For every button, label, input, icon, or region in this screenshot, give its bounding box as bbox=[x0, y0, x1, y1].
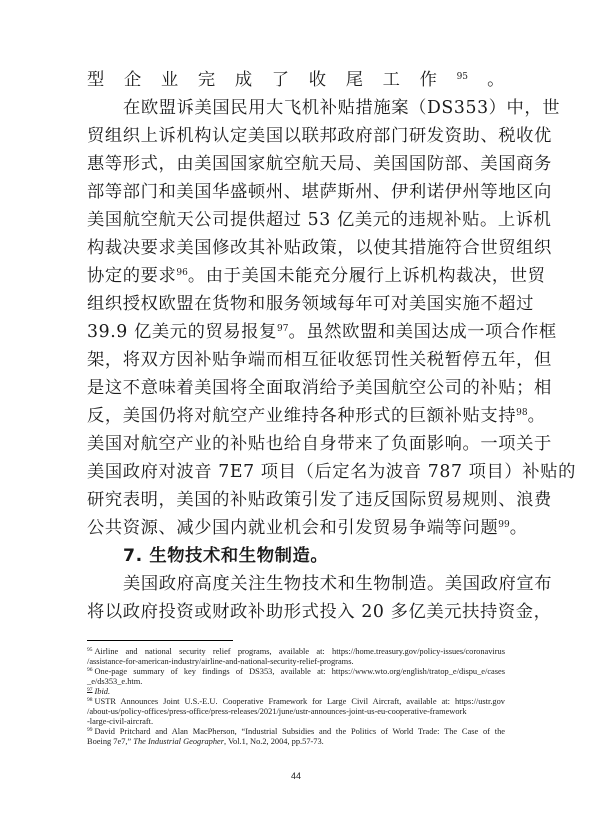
body-line: 美国对航空产业的补贴也给自身带来了负面影响。一项关于 bbox=[87, 430, 505, 458]
document-page: 型企业完成了收尾工作95。 在欧盟诉美国民用大飞机补贴措施案（DS353）中，世… bbox=[0, 0, 592, 836]
body-line: 惠等形式，由美国国家航空航天局、美国国防部、美国商务 bbox=[87, 150, 505, 178]
section-heading: 7. 生物技术和生物制造。 bbox=[87, 542, 505, 570]
footnote-99: 99David Pritchard and Alan MacPherson, “… bbox=[87, 727, 505, 737]
body-text: 型企业完成了收尾工作95。 在欧盟诉美国民用大飞机补贴措施案（DS353）中，世… bbox=[87, 66, 505, 626]
body-line: 部等部门和美国华盛顿州、堪萨斯州、伊利诺伊州等地区向 bbox=[87, 178, 505, 206]
body-line: 在欧盟诉美国民用大飞机补贴措施案（DS353）中，世 bbox=[87, 94, 505, 122]
body-line: 39.9 亿美元的贸易报复97。虽然欧盟和美国达成一项合作框 bbox=[87, 318, 505, 346]
body-line: 是这不意味着美国将全面取消给予美国航空公司的补贴；相 bbox=[87, 374, 505, 402]
body-line: 美国航空航天公司提供超过 53 亿美元的违规补贴。上诉机 bbox=[87, 206, 505, 234]
footnote-96: 96One-page summary of key findings of DS… bbox=[87, 667, 505, 677]
body-line: 组织授权欧盟在货物和服务领域每年可对美国实施不超过 bbox=[87, 290, 505, 318]
footnote-ref-97[interactable]: 97 bbox=[277, 324, 288, 334]
footnote-separator bbox=[87, 640, 233, 641]
footnote-98-cont[interactable]: -large-civil-aircraft. bbox=[87, 717, 505, 727]
footnote-95-cont[interactable]: /assistance-for-american-industry/airlin… bbox=[87, 657, 505, 667]
footnote-98: 98USTR Announces Joint U.S.-E.U. Coopera… bbox=[87, 697, 505, 707]
footnote-ref-98[interactable]: 98 bbox=[516, 408, 527, 418]
footnote-96-cont[interactable]: _e/ds353_e.htm. bbox=[87, 677, 505, 687]
body-line: 公共资源、减少国内就业机会和引发贸易争端等问题99。 bbox=[87, 514, 505, 542]
body-line: 研究表明，美国的补贴政策引发了违反国际贸易规则、浪费 bbox=[87, 486, 505, 514]
body-line: 架，将双方因补贴争端而相互征收惩罚性关税暂停五年，但 bbox=[87, 346, 505, 374]
footnote-ref-99[interactable]: 99 bbox=[498, 520, 509, 530]
body-line: 型企业完成了收尾工作95。 bbox=[87, 66, 505, 94]
journal-title: The Industrial Geographer bbox=[133, 737, 224, 746]
body-line: 美国政府高度关注生物技术和生物制造。美国政府宣布 bbox=[87, 570, 505, 598]
body-line: 构裁决要求美国修改其补贴政策，以使其措施符合世贸组织 bbox=[87, 234, 505, 262]
body-line: 美国政府对波音 7E7 项目（后定名为波音 787 项目）补贴的 bbox=[87, 458, 505, 486]
footnotes: 95Airline and national security relief p… bbox=[87, 647, 505, 747]
body-line: 将以政府投资或财政补助形式投入 20 多亿美元扶持资金， bbox=[87, 598, 505, 626]
footnote-98-cont[interactable]: /about-us/policy-offices/press-office/pr… bbox=[87, 707, 505, 717]
footnote-95: 95Airline and national security relief p… bbox=[87, 647, 505, 657]
body-line: 反，美国仍将对航空产业维持各种形式的巨额补贴支持98。 bbox=[87, 402, 505, 430]
footnote-ref-95[interactable]: 95 bbox=[457, 72, 468, 82]
footnote-99-cont: Boeing 7e7,” The Industrial Geographer, … bbox=[87, 737, 505, 747]
footnote-97: 97Ibid. bbox=[87, 687, 505, 697]
footnote-ref-96[interactable]: 96 bbox=[176, 268, 187, 278]
body-line: 协定的要求96。由于美国未能充分履行上诉机构裁决，世贸 bbox=[87, 262, 505, 290]
page-number: 44 bbox=[0, 771, 592, 781]
body-line: 贸组织上诉机构认定美国以联邦政府部门研发资助、税收优 bbox=[87, 122, 505, 150]
